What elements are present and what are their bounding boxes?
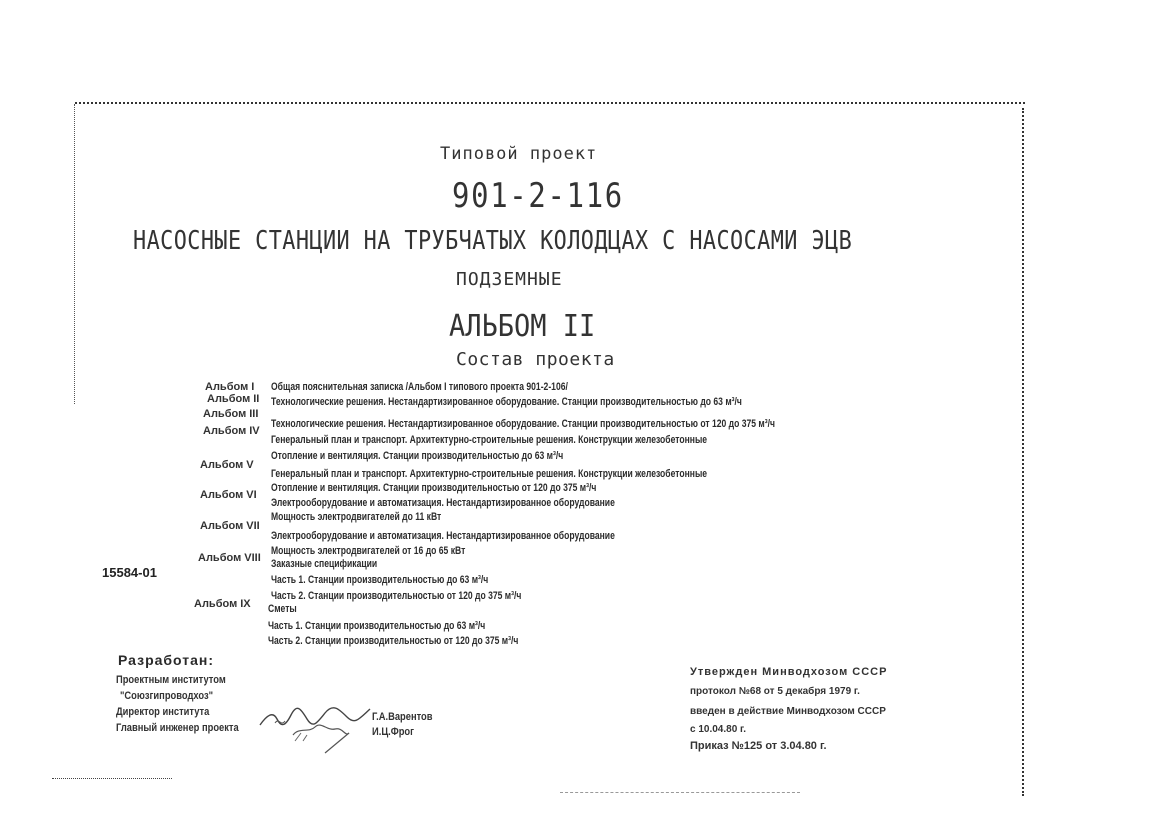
approval-line: с 10.04.80 г.: [690, 724, 746, 735]
album-description: Отопление и вентиляция. Станции производ…: [271, 482, 596, 494]
album-description: Технологические решения. Нестандартизиро…: [271, 418, 775, 430]
approval-line: Утвержден Минводхозом СССР: [690, 666, 887, 678]
album-label: Альбом IV: [203, 425, 260, 437]
album-label: Альбом I: [205, 381, 254, 393]
album-label: Альбом V: [200, 459, 254, 471]
album-description: Мощность электродвигателей от 16 до 65 к…: [271, 545, 465, 557]
frame-border-top: [75, 102, 1025, 104]
frame-border-bottom: [52, 778, 172, 779]
album-label: Альбом VII: [200, 520, 260, 532]
album-description: Технологические решения. Нестандартизиро…: [271, 396, 742, 408]
album-description: Отопление и вентиляция. Станции производ…: [271, 450, 563, 462]
album-description: Генеральный план и транспорт. Архитектур…: [271, 468, 707, 480]
album-label: Альбом IX: [194, 598, 251, 610]
developed-by-label: Разработан:: [118, 652, 214, 668]
album-description: Электрооборудование и автоматизация. Нес…: [271, 530, 615, 542]
album-description: Часть 2. Станции производительностью от …: [268, 635, 518, 647]
album-label: Альбом II: [207, 393, 259, 405]
subtitle: подземные: [456, 269, 563, 290]
developer-line: Главный инженер проекта: [116, 722, 239, 734]
signatory-name: Г.А.Варентов: [372, 711, 433, 723]
album-label: Альбом VIII: [198, 552, 261, 564]
frame-border-left: [74, 104, 75, 404]
album-description: Заказные спецификации: [271, 558, 377, 570]
album-description: Электрооборудование и автоматизация. Нес…: [271, 497, 615, 509]
scanned-title-page: Типовой проект 901-2-116 Насосные станци…: [0, 0, 1162, 839]
main-title: Насосные станции на трубчатых колодцах с…: [133, 226, 852, 256]
approval-line: введен в действие Минводхозом СССР: [690, 706, 886, 717]
album-description: Часть 1. Станции производительностью до …: [268, 620, 485, 632]
contents-title: Состав проекта: [456, 349, 615, 370]
inventory-stamp-number: 15584-01: [102, 565, 157, 580]
album-label: Альбом VI: [200, 489, 257, 501]
developer-line: "Союзгипроводхоз": [120, 690, 213, 702]
approval-line: протокол №68 от 5 декабря 1979 г.: [690, 686, 860, 697]
developer-line: Директор института: [116, 706, 209, 718]
album-description: Часть 2. Станции производительностью от …: [271, 590, 521, 602]
project-type-label: Типовой проект: [440, 144, 597, 164]
album-description: Часть 1. Станции производительностью до …: [271, 574, 488, 586]
album-description: Общая пояснительная записка /Альбом I ти…: [271, 381, 568, 393]
album-description: Генеральный план и транспорт. Архитектур…: [271, 434, 707, 446]
developer-line: Проектным институтом: [116, 674, 226, 686]
album-description: Сметы: [268, 603, 297, 615]
project-number: 901-2-116: [452, 176, 624, 216]
album-title: АЛЬБОМ II: [449, 309, 595, 344]
frame-border-bottom-faint: [560, 792, 800, 793]
approval-line: Приказ №125 от 3.04.80 г.: [690, 740, 827, 752]
album-label: Альбом III: [203, 408, 258, 420]
album-description: Мощность электродвигателей до 11 кВт: [271, 511, 441, 523]
frame-border-right: [1022, 108, 1024, 796]
signature-icon: [255, 697, 380, 757]
